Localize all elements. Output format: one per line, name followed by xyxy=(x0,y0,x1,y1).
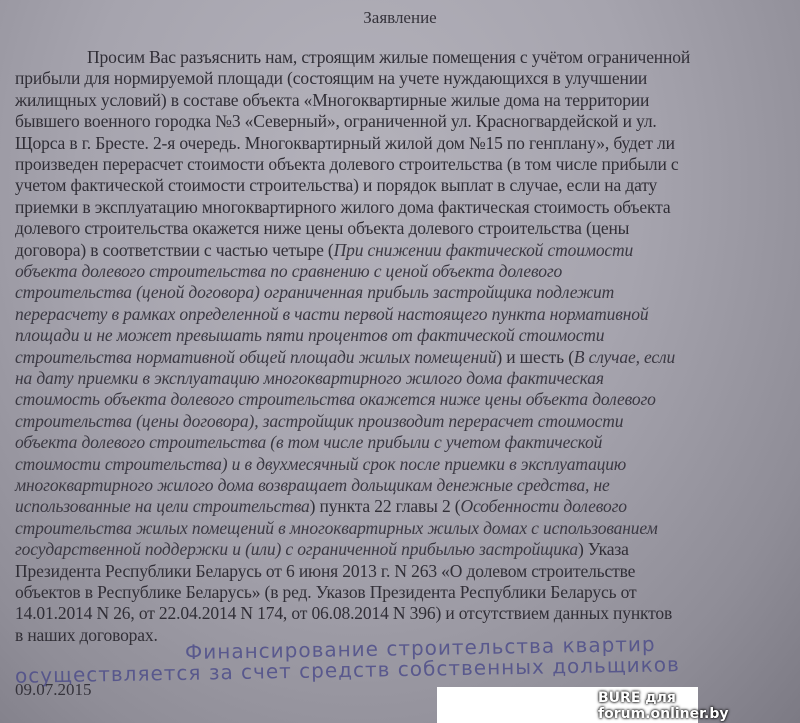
document-line: на дату приемки в эксплуатацию многоквар… xyxy=(15,368,604,389)
quoted-text: использованные на цели строительства xyxy=(15,496,310,516)
document-line: Щорса в г. Бресте. 2-я очередь. Многоква… xyxy=(15,133,675,154)
document-line: долевого строительства окажется ниже цен… xyxy=(15,218,629,239)
document-line: 14.01.2014 N 26, от 22.04.2014 N 174, от… xyxy=(15,603,672,624)
body-text: договора) в соответствии с частью четыре… xyxy=(15,240,334,260)
document-line: объектов в Республике Беларусь» (в ред. … xyxy=(15,582,637,603)
document-line: произведен перерасчет стоимости объекта … xyxy=(15,154,679,175)
quoted-text: строительства нормативной общей площади … xyxy=(15,347,496,367)
document-line: объекта долевого строительства по сравне… xyxy=(15,261,562,282)
document-line: в наших договорах. xyxy=(15,625,158,646)
document-line: использованные на цели строительства) пу… xyxy=(15,496,627,517)
quoted-text: государственной поддержки и (или) с огра… xyxy=(15,539,578,559)
document-line: Президента Республики Беларусь от 6 июня… xyxy=(15,561,635,582)
body-text: Щорса в г. Бресте. 2-я очередь. Многоква… xyxy=(15,133,675,153)
document-line: государственной поддержки и (или) с огра… xyxy=(15,539,629,560)
document-line: перерасчету в рамках определенной в част… xyxy=(15,304,648,325)
quoted-text: При снижении фактической стоимости xyxy=(334,240,634,260)
quoted-text: на дату приемки в эксплуатацию многоквар… xyxy=(15,368,604,388)
document-line: строительства жилых помещений в многоква… xyxy=(15,518,658,539)
document-line: прибыли для нормируемой площади (состоящ… xyxy=(15,68,647,89)
document-title: Заявление xyxy=(0,8,800,28)
quoted-text: строительства (цены договора), застройщи… xyxy=(15,411,623,431)
document-date: 09.07.2015 xyxy=(15,680,92,700)
body-text: в наших договорах. xyxy=(15,625,158,645)
body-text: бывшего военного городка №3 «Северный», … xyxy=(15,111,657,131)
document-line: объекта долевого строительства (в том чи… xyxy=(15,432,602,453)
body-text: Президента Республики Беларусь от 6 июня… xyxy=(15,561,635,581)
document-line: договора) в соответствии с частью четыре… xyxy=(15,240,633,261)
document-line: стоимость объекта долевого строительства… xyxy=(15,389,656,410)
document-line: приемки в эксплуатацию многоквартирного … xyxy=(15,197,670,218)
body-text: жилищных условий) в составе объекта «Мно… xyxy=(15,90,649,110)
body-text: ) пункта 22 главы 2 ( xyxy=(310,496,461,516)
quoted-text: стоимость объекта долевого строительства… xyxy=(15,389,656,409)
quoted-text: объекта долевого строительства по сравне… xyxy=(15,261,562,281)
quoted-text: строительства (ценой договора) ограничен… xyxy=(15,282,614,302)
body-text: прибыли для нормируемой площади (состоящ… xyxy=(15,68,647,88)
body-text: произведен перерасчет стоимости объекта … xyxy=(15,154,679,174)
body-text: объектов в Республике Беларусь» (в ред. … xyxy=(15,582,637,602)
scanned-document: Заявление Просим Вас разъяснить нам, стр… xyxy=(0,0,800,723)
document-line: учетом фактической стоимости строительст… xyxy=(15,175,657,196)
document-line: строительства (цены договора), застройщи… xyxy=(15,411,623,432)
watermark: BURE для forum.onliner.by xyxy=(598,690,800,722)
document-line: стоимости строительства) и в двухмесячны… xyxy=(15,454,626,475)
quoted-text: Особенности долевого xyxy=(460,496,626,516)
document-line: площади и не может превышать пяти процен… xyxy=(15,325,604,346)
quoted-text: многоквартирного жилого дома возвращает … xyxy=(15,475,610,495)
body-text: учетом фактической стоимости строительст… xyxy=(15,175,657,195)
quoted-text: В случае, если xyxy=(574,347,675,367)
handwritten-note-line-2: осуществляется за счет средств собственн… xyxy=(15,652,680,688)
body-text: ) Указа xyxy=(578,539,629,559)
quoted-text: стоимости строительства) и в двухмесячны… xyxy=(15,454,626,474)
document-line: бывшего военного городка №3 «Северный», … xyxy=(15,111,657,132)
document-line: Просим Вас разъяснить нам, строящим жилы… xyxy=(87,47,690,68)
body-text: 14.01.2014 N 26, от 22.04.2014 N 174, от… xyxy=(15,603,672,623)
quoted-text: объекта долевого строительства (в том чи… xyxy=(15,432,602,452)
body-text: Просим Вас разъяснить нам, строящим жилы… xyxy=(87,47,690,67)
body-text: ) и шесть ( xyxy=(496,347,574,367)
quoted-text: строительства жилых помещений в многоква… xyxy=(15,518,658,538)
document-line: строительства (ценой договора) ограничен… xyxy=(15,282,614,303)
document-line: строительства нормативной общей площади … xyxy=(15,347,675,368)
body-text: приемки в эксплуатацию многоквартирного … xyxy=(15,197,670,217)
quoted-text: перерасчету в рамках определенной в част… xyxy=(15,304,648,324)
body-text: долевого строительства окажется ниже цен… xyxy=(15,218,629,238)
document-line: многоквартирного жилого дома возвращает … xyxy=(15,475,610,496)
document-line: жилищных условий) в составе объекта «Мно… xyxy=(15,90,649,111)
quoted-text: площади и не может превышать пяти процен… xyxy=(15,325,604,345)
